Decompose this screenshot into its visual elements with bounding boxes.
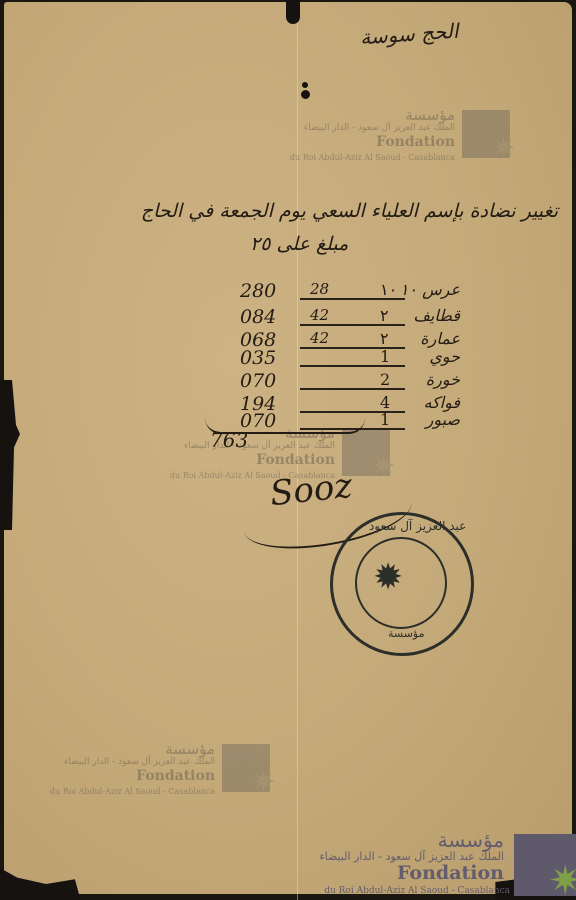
foundation-logo-icon: ✷ <box>514 834 576 896</box>
item-quantity: 2 <box>380 370 390 389</box>
ink-dot <box>301 90 310 99</box>
ink-dot <box>302 82 308 88</box>
item-amount: 035 <box>240 347 276 369</box>
item-rate: 28 <box>310 280 329 298</box>
list-item: 28028١٠عرس ١٠ <box>200 280 450 306</box>
item-rule <box>300 324 405 326</box>
watermark-title: Fondation <box>136 768 215 784</box>
watermark-arabic-subtitle: الملك عبد العزيز آل سعود - الدار البيضاء <box>304 123 455 133</box>
item-rate: 42 <box>310 329 329 347</box>
item-quantity: ٢ <box>380 329 389 348</box>
watermark: مؤسسة الملك عبد العزيز آل سعود - الدار ا… <box>300 106 510 176</box>
watermark-title: Fondation <box>376 134 455 150</box>
item-quantity: ١٠ <box>380 280 397 299</box>
document-text-line: مبلغ على ٢٥ <box>250 233 348 255</box>
document-text-line: تغيير نضادة بإسم العلياء السعي يوم الجمع… <box>18 200 558 222</box>
watermark-arabic-subtitle: الملك عبد العزيز آل سعود - الدار البيضاء <box>184 441 335 451</box>
total-underline <box>205 418 365 434</box>
item-quantity: ٢ <box>380 306 389 325</box>
item-rate: 42 <box>310 306 329 324</box>
item-quantity: 1 <box>380 347 390 366</box>
item-name: عمارة <box>420 329 460 348</box>
stamp-text: عبد العزيز آل سعود <box>369 519 466 533</box>
foundation-logo-icon: ✷ <box>222 744 270 792</box>
watermark-title: Fondation <box>256 452 335 468</box>
watermark-primary: مؤسسة الملك عبد العزيز آل سعود - الدار ا… <box>312 828 576 900</box>
foundation-logo-icon: ✷ <box>462 110 510 158</box>
watermark-arabic-subtitle: الملك عبد العزيز آل سعود - الدار البيضاء <box>64 757 215 767</box>
item-amount: 070 <box>240 370 276 392</box>
item-name: قطايف <box>413 306 460 325</box>
watermark-arabic-title: مؤسسة <box>165 740 215 758</box>
watermark-arabic-title: مؤسسة <box>405 106 455 124</box>
item-amount: 280 <box>240 280 276 302</box>
stamp-emblem-icon: ✹ <box>373 557 403 598</box>
official-stamp: عبد العزيز آل سعود ✹ مؤسسة <box>330 512 474 656</box>
item-name: صبور <box>426 410 460 429</box>
watermark-subtitle: du Roi Abdul-Aziz Al Saoud - Casablanca <box>290 153 455 162</box>
ink-blot <box>286 0 300 24</box>
stamp-text: مؤسسة <box>388 627 425 640</box>
watermark-subtitle: du Roi Abdul-Aziz Al Saoud - Casablanca <box>324 886 510 896</box>
item-name: عرس ١٠ <box>400 280 460 299</box>
item-name: حوي <box>429 347 460 366</box>
item-amount: 084 <box>240 306 276 328</box>
watermark-subtitle: du Roi Abdul-Aziz Al Saoud - Casablanca <box>50 787 215 796</box>
item-quantity: 1 <box>380 410 390 429</box>
watermark: مؤسسة الملك عبد العزيز آل سعود - الدار ا… <box>60 740 270 810</box>
item-name: خورة <box>426 370 460 389</box>
watermark-title: Fondation <box>397 862 504 884</box>
watermark-arabic-title: مؤسسة <box>438 828 504 852</box>
